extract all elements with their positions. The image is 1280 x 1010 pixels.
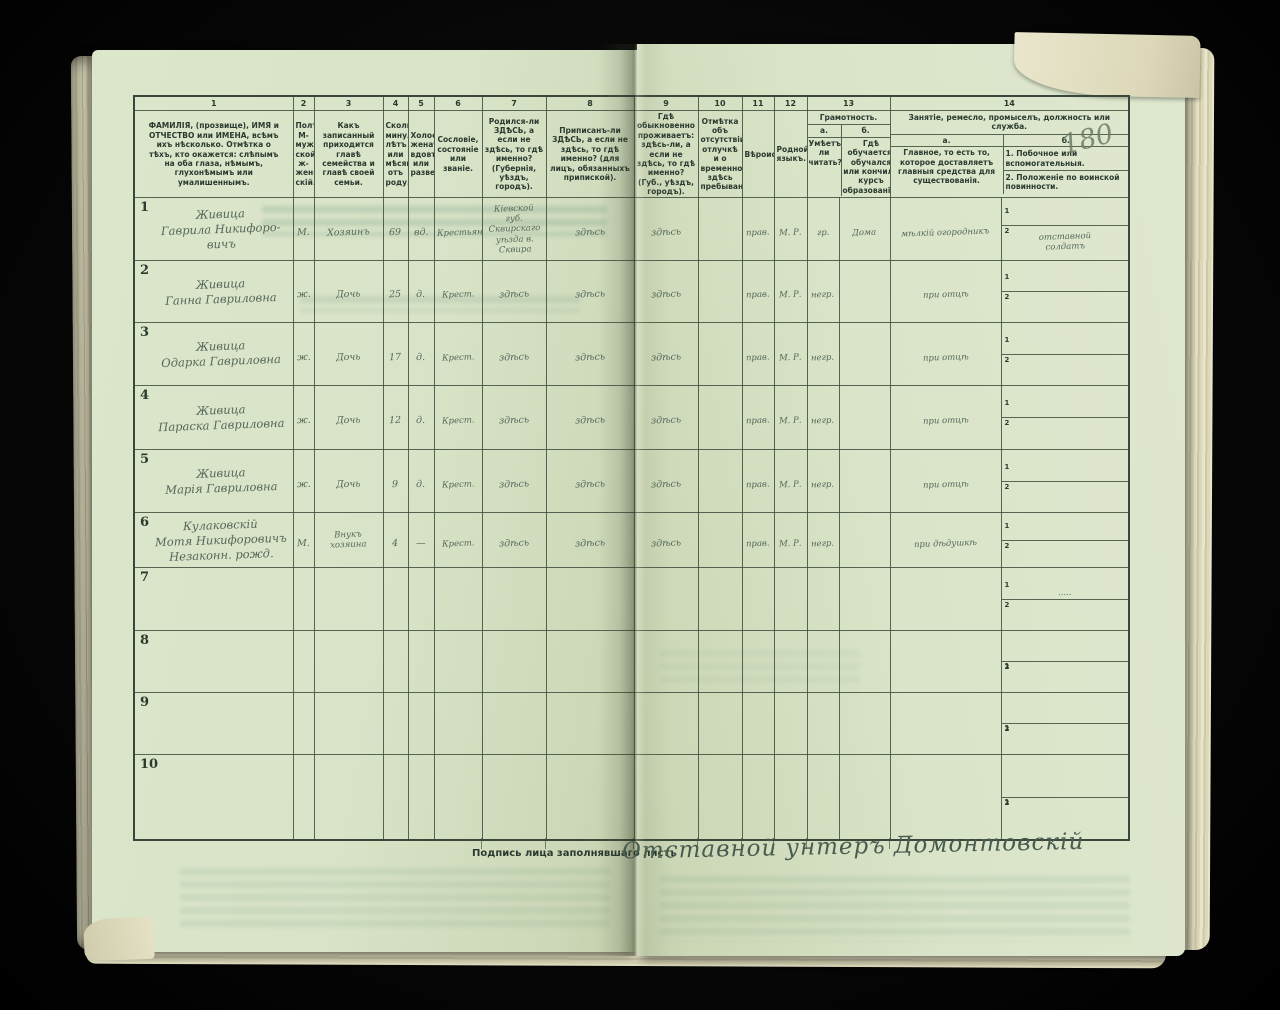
birthplace-entry: здѣсь — [499, 478, 529, 491]
header-sex: Полъ. М-муж-ской. ж-жен-скій. — [293, 111, 314, 198]
language-entry: М. Р. — [779, 227, 802, 238]
subcell-label: 1 — [1005, 207, 1010, 215]
sex-entry: М. — [297, 226, 310, 239]
religion-entry: прав. — [746, 290, 770, 301]
subcell-label: 1 — [1005, 522, 1010, 530]
row-number: 3 — [140, 325, 149, 340]
age-entry: 69 — [389, 226, 402, 239]
literacy-entry: негр. — [811, 416, 834, 427]
subcell-label: 2 — [1005, 799, 1010, 807]
census-form-table: 1 2 3 4 5 6 7 8 9 10 11 12 13 14 ФАМИЛІЯ… — [133, 95, 1130, 841]
person-name: Кулаковскій Мотя Никифоровичъ Незаконн. … — [154, 516, 287, 565]
subcell-label: 1 — [1005, 273, 1010, 281]
literacy-entry: негр. — [811, 290, 834, 301]
birthplace-entry: здѣсь — [499, 351, 529, 364]
relation-entry: Дочь — [336, 415, 361, 428]
table-row: 10 1 2 — [134, 755, 1129, 840]
col-number: 9 — [634, 96, 698, 111]
person-name: Живица Гаврила Никифоро- вичъ — [160, 205, 281, 254]
subcell-label: 2 — [1005, 663, 1010, 671]
religion-entry: прав. — [746, 352, 770, 363]
subcell-label: 2 — [1005, 419, 1010, 427]
age-entry: 25 — [389, 289, 402, 302]
estate-entry: Крестьян. — [436, 227, 482, 239]
table-row: 6Кулаковскій Мотя Никифоровичъ Незаконн.… — [134, 513, 1129, 568]
marital-entry: д. — [416, 289, 425, 302]
sex-entry: ж. — [296, 351, 310, 364]
birthplace-entry: здѣсь — [499, 289, 529, 302]
subcell-label: 1 — [1005, 581, 1010, 589]
subcell-label: 1 — [1005, 463, 1010, 471]
header-literacy-title: Грамотность. — [808, 111, 890, 125]
marital-entry: вд. — [413, 226, 428, 239]
col-number: 6 — [434, 96, 482, 111]
header-estate: Сословіе, состояніе или званіе. — [434, 111, 482, 198]
occupation-entry: при отцѣ — [922, 290, 968, 302]
header-residence: Гдѣ обыкновенно проживаетъ: здѣсь-ли, а … — [634, 111, 698, 198]
subcell-label: 2 — [1005, 356, 1010, 364]
header-registration: Приписанъ-ли ЗДѢСЬ, а если не здѣсь, то … — [546, 111, 634, 198]
row-number: 10 — [140, 757, 158, 772]
subcell-label: 2 — [1005, 725, 1010, 733]
col-number: 8 — [546, 96, 634, 111]
occupation-entry: мѣлкій огородникъ — [901, 226, 990, 239]
table-row: 8 1 2 — [134, 631, 1129, 693]
occupation-entry: при отцѣ — [922, 352, 968, 364]
header-absence: Отмѣтка объ отсутствіи, отлучкѣ и о врем… — [698, 111, 742, 198]
language-entry: М. Р. — [779, 416, 802, 427]
row-number: 1 — [140, 200, 149, 215]
col-number: 1 — [134, 96, 293, 111]
person-name: Живица Ганна Гавриловна — [165, 275, 277, 309]
religion-entry: прав. — [746, 479, 770, 490]
sex-entry: ж. — [296, 289, 310, 302]
registration-entry: здѣсь — [575, 415, 605, 428]
registration-entry: здѣсь — [575, 289, 605, 302]
column-number-row: 1 2 3 4 5 6 7 8 9 10 11 12 13 14 — [134, 96, 1129, 111]
residence-entry: здѣсь — [651, 226, 681, 239]
person-name: Живица Марія Гавриловна — [164, 464, 277, 498]
header-literacy-group: Грамотность. а. б. Умѣетъ ли читать? Гдѣ… — [807, 111, 890, 198]
subcell-label: 2 — [1005, 483, 1010, 491]
table-row: 7 1..... 2 — [134, 568, 1129, 631]
marital-entry: д. — [416, 479, 425, 492]
col-number: 2 — [293, 96, 314, 111]
column-header-row: ФАМИЛІЯ, (прозвище), ИМЯ и ОТЧЕСТВО или … — [134, 111, 1129, 198]
col-number: 14 — [890, 96, 1129, 111]
row-number: 9 — [140, 695, 149, 710]
language-entry: М. Р. — [779, 479, 802, 490]
occupation-entry: при отцѣ — [922, 479, 968, 491]
header-literacy-b-label: б. — [842, 125, 890, 136]
residence-entry: здѣсь — [651, 537, 681, 550]
occupation-entry: при отцѣ — [922, 416, 968, 428]
table-row: 4Живица Параска Гавриловна ж. Дочь 12 д.… — [134, 386, 1129, 450]
birthplace-entry: Кіевской губ. Сквирскаго уѣзда в. Сквира — [484, 202, 545, 255]
header-surname: ФАМИЛІЯ, (прозвище), ИМЯ и ОТЧЕСТВО или … — [134, 111, 293, 198]
table-row: 1Живица Гаврила Никифоро- вичъ М. Хозяин… — [134, 198, 1129, 261]
subcell-label: 2 — [1005, 227, 1010, 235]
header-religion: Вѣроисповѣданіе. — [742, 111, 774, 198]
row-number: 4 — [140, 388, 149, 403]
estate-entry: Крест. — [442, 479, 475, 490]
literacy-entry: негр. — [811, 538, 834, 549]
age-entry: 4 — [392, 538, 398, 551]
header-language: Родной языкъ. — [774, 111, 807, 198]
header-marital: Холостъ, женатъ, вдовъ или разведенъ. — [408, 111, 434, 198]
row-number: 2 — [140, 263, 149, 278]
estate-entry: Крест. — [442, 290, 475, 301]
estate-entry: Крест. — [442, 352, 475, 363]
sex-entry: ж. — [296, 415, 310, 428]
literacy-entry: гр. — [817, 228, 830, 239]
occupation-entry: при дѣдушкѣ — [914, 538, 977, 550]
relation-entry: Дочь — [336, 478, 361, 491]
estate-entry: Крест. — [442, 416, 475, 427]
sex-entry: М. — [297, 537, 310, 550]
residence-entry: здѣсь — [651, 351, 681, 364]
row-number: 6 — [140, 515, 149, 530]
residence-entry: здѣсь — [651, 478, 681, 491]
subcell-label: 1 — [1005, 399, 1010, 407]
religion-entry: прав. — [746, 227, 770, 238]
subcell-label: 2 — [1005, 542, 1010, 550]
military-entry: отставной солдатъ — [1038, 231, 1091, 253]
col-number: 13 — [807, 96, 890, 111]
header-literacy-a: Умѣетъ ли читать? — [808, 138, 842, 196]
relation-entry: Внукъ хозяина — [330, 529, 367, 551]
col-number: 12 — [774, 96, 807, 111]
table-row: 9 1 2 — [134, 693, 1129, 755]
header-occupation-main: Главное, то есть то, которое доставляетъ… — [891, 147, 1004, 194]
col-number: 7 — [482, 96, 546, 111]
marital-entry: — — [416, 538, 426, 551]
col-number: 4 — [383, 96, 408, 111]
education-entry: Дома — [852, 227, 876, 238]
registration-entry: здѣсь — [575, 226, 605, 239]
literacy-entry: негр. — [811, 479, 834, 490]
language-entry: М. Р. — [779, 290, 802, 301]
page-corner-bottom-left — [83, 917, 154, 961]
col-number: 5 — [408, 96, 434, 111]
row-number: 8 — [140, 633, 149, 648]
relation-entry: Дочь — [336, 351, 361, 364]
table-row: 3Живица Одарка Гавриловна ж. Дочь 17 д. … — [134, 323, 1129, 386]
person-name: Живица Параска Гавриловна — [157, 401, 284, 435]
header-age: Сколько минуло лѣтъ или мѣсяцевъ отъ род… — [383, 111, 408, 198]
header-literacy-b: Гдѣ обучается, обучался или кончилъ курс… — [842, 138, 891, 196]
header-military-duty: 2. Положеніе по воинской повинности. — [1004, 171, 1129, 194]
marital-entry: д. — [416, 352, 425, 365]
col-number: 3 — [314, 96, 383, 111]
marital-entry: д. — [416, 415, 425, 428]
birthplace-entry: здѣсь — [499, 415, 529, 428]
person-name: Живица Одарка Гавриловна — [160, 337, 281, 371]
estate-entry: Крест. — [442, 538, 475, 549]
table-row: 5Живица Марія Гавриловна ж. Дочь 9 д. Кр… — [134, 450, 1129, 513]
header-relation: Какъ записанный приходится главѣ семейст… — [314, 111, 383, 198]
residence-entry: здѣсь — [651, 289, 681, 302]
relation-entry: Хозяинъ — [327, 226, 370, 240]
header-birthplace: Родился-ли ЗДѢСЬ, а если не здѣсь, то гд… — [482, 111, 546, 198]
row-number: 7 — [140, 570, 149, 585]
birthplace-entry: здѣсь — [499, 537, 529, 550]
header-occupation-a-label: а. — [891, 135, 1004, 146]
age-entry: 9 — [392, 479, 398, 492]
subcell-label: 1 — [1005, 336, 1010, 344]
registration-entry: здѣсь — [575, 537, 605, 550]
age-entry: 17 — [389, 351, 402, 364]
age-entry: 12 — [389, 415, 402, 428]
side-occupation-entry: ..... — [1058, 588, 1072, 599]
literacy-entry: негр. — [811, 352, 834, 363]
subcell-label: 2 — [1005, 293, 1010, 301]
religion-entry: прав. — [746, 538, 770, 549]
residence-entry: здѣсь — [651, 415, 681, 428]
language-entry: М. Р. — [779, 352, 802, 363]
subcell-label: 2 — [1005, 601, 1010, 609]
relation-entry: Дочь — [336, 289, 361, 302]
registration-entry: здѣсь — [575, 478, 605, 491]
header-literacy-a-label: а. — [808, 125, 842, 136]
row-number: 5 — [140, 452, 149, 467]
registration-entry: здѣсь — [575, 351, 605, 364]
col-number: 11 — [742, 96, 774, 111]
table-row: 2Живица Ганна Гавриловна ж. Дочь 25 д. К… — [134, 261, 1129, 323]
religion-entry: прав. — [746, 416, 770, 427]
language-entry: М. Р. — [779, 538, 802, 549]
col-number: 10 — [698, 96, 742, 111]
sex-entry: ж. — [296, 478, 310, 491]
